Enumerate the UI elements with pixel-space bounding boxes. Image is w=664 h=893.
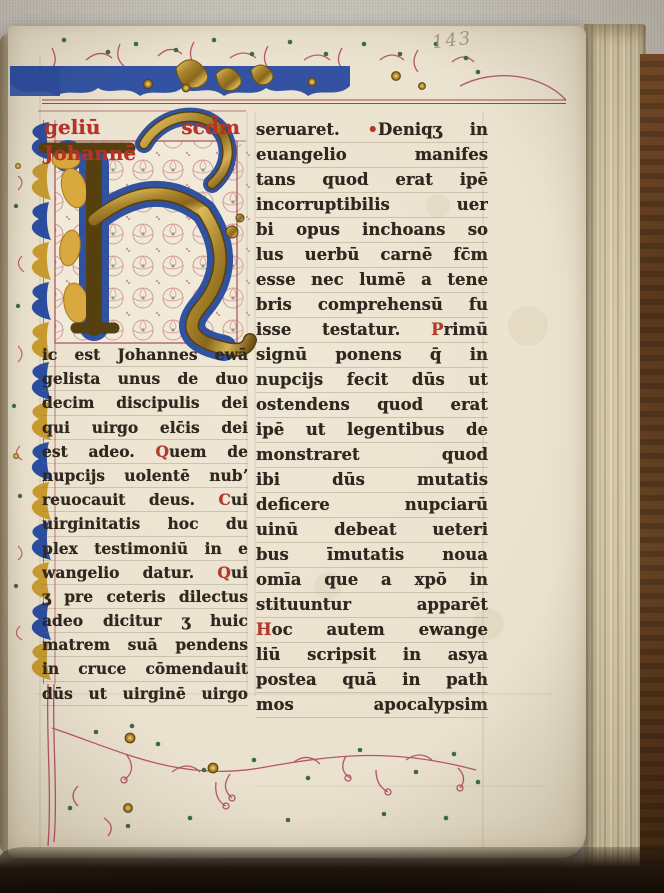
line-text: uinū debeat ueteri bbox=[256, 520, 488, 539]
text-line: seruaret. •Deniqʒ in bbox=[256, 118, 488, 143]
text-line: euangelio manifes bbox=[256, 143, 488, 168]
text-line: signū ponens q̄ in bbox=[256, 343, 488, 368]
text-line: esse nec lumē a tene bbox=[256, 268, 488, 293]
text-line: est adeo. Quem de bbox=[42, 440, 248, 464]
line-red-initial: Q bbox=[155, 442, 169, 461]
line-text: reuocauit deus. bbox=[42, 490, 218, 509]
text-line: decim discipulis dei bbox=[42, 391, 248, 415]
line-text: isse testatur. bbox=[256, 320, 431, 339]
line-text: wangelio datur. bbox=[42, 563, 217, 582]
line-text: qui uirgo elc̄is dei bbox=[42, 418, 248, 437]
text-line: wangelio datur. Qui bbox=[42, 561, 248, 585]
red-double-rule bbox=[42, 100, 566, 104]
text-line: nupcijs fecit dūs ut bbox=[256, 368, 488, 393]
text-line: matrem suā pendens bbox=[42, 633, 248, 657]
photo-scene: 143 geliū scd̄m Johannē H ic est Johanne… bbox=[0, 0, 664, 893]
line-text: est adeo. bbox=[42, 442, 155, 461]
line-text: ostendens quod erat bbox=[256, 395, 488, 414]
text-line: reuocauit deus. Cui bbox=[42, 488, 248, 512]
line-text: ibi dūs mutatis bbox=[256, 470, 488, 489]
line-red-initial: C bbox=[218, 490, 230, 509]
text-line: nupcijs uolentē nubʼ bbox=[42, 464, 248, 488]
text-line: ostendens quod erat bbox=[256, 393, 488, 418]
text-line: lus uerbū carnē fc̄m bbox=[256, 243, 488, 268]
text-line: isse testatur. Primū bbox=[256, 318, 488, 343]
text-line: uinū debeat ueteri bbox=[256, 518, 488, 543]
line-text: decim discipulis dei bbox=[42, 393, 248, 412]
line-text: adeo dicitur ʒ huic bbox=[42, 611, 248, 630]
top-blue-band bbox=[10, 60, 350, 96]
text-line: bus īmutatis noua bbox=[256, 543, 488, 568]
line-text: euangelio manifes bbox=[256, 145, 488, 164]
text-line: liū scripsit in asya bbox=[256, 643, 488, 668]
line-text: Deniqʒ in bbox=[378, 120, 488, 139]
line-text: stituuntur apparēt bbox=[256, 595, 488, 614]
line-text: bus īmutatis noua bbox=[256, 545, 488, 564]
text-line: ipē ut legentibus de bbox=[256, 418, 488, 443]
text-line: in cruce cōmendauit bbox=[42, 657, 248, 681]
line-text: ʒ pre ceteris dilectus bbox=[42, 587, 248, 606]
rubric-heading: geliū scd̄m Johannē bbox=[44, 114, 240, 166]
line-text: lus uerbū carnē fc̄m bbox=[256, 245, 488, 264]
line-text: dūs ut uirginē uirgo bbox=[42, 684, 248, 703]
text-line: uirginitatis hoc du bbox=[42, 512, 248, 536]
margin-dots bbox=[12, 163, 22, 588]
line-text: ui bbox=[231, 563, 248, 582]
line-text: plex testimoniū in e bbox=[42, 539, 248, 558]
margin-micro-penwork bbox=[16, 176, 24, 640]
text-line: ʒ pre ceteris dilectus bbox=[42, 585, 248, 609]
line-text: esse nec lumē a tene bbox=[256, 270, 488, 289]
line-text: tans quod erat ipē bbox=[256, 170, 488, 189]
text-line: gelista unus de duo bbox=[42, 367, 248, 391]
line-text: postea quā in path bbox=[256, 670, 488, 689]
line-text: gelista unus de duo bbox=[42, 369, 248, 388]
book-fore-edge-pages bbox=[584, 24, 646, 882]
text-line: Hoc autem ewange bbox=[256, 618, 488, 643]
text-line: stituuntur apparēt bbox=[256, 593, 488, 618]
line-text: bi opus inchoans so bbox=[256, 220, 488, 239]
text-line: qui uirgo elc̄is dei bbox=[42, 416, 248, 440]
text-line: ic est Johannes ewā bbox=[42, 343, 248, 367]
line-text: seruaret. bbox=[256, 120, 367, 139]
line-text: liū scripsit in asya bbox=[256, 645, 488, 664]
line-text: monstraret quod bbox=[256, 445, 488, 464]
manuscript-page: 143 geliū scd̄m Johannē H ic est Johanne… bbox=[8, 26, 586, 858]
line-text: signū ponens q̄ in bbox=[256, 345, 488, 364]
line-text: mos apocalypsim bbox=[256, 695, 488, 714]
line-red-initial: • bbox=[367, 120, 378, 139]
line-text: uem de bbox=[169, 442, 248, 461]
line-text: rimū bbox=[444, 320, 488, 339]
book-bottom-shadow bbox=[0, 847, 664, 893]
text-line: bi opus inchoans so bbox=[256, 218, 488, 243]
line-text: deficere nupciarū bbox=[256, 495, 488, 514]
line-text: ui bbox=[231, 490, 248, 509]
text-line: ibi dūs mutatis bbox=[256, 468, 488, 493]
text-line: postea quā in path bbox=[256, 668, 488, 693]
line-text: omīa que a xpō in bbox=[256, 570, 488, 589]
line-red-initial: P bbox=[431, 320, 443, 339]
text-line: mos apocalypsim bbox=[256, 693, 488, 718]
text-line: adeo dicitur ʒ huic bbox=[42, 609, 248, 633]
text-line: incorruptibilis uer bbox=[256, 193, 488, 218]
text-line: bris comprehensū fu bbox=[256, 293, 488, 318]
line-text: ipē ut legentibus de bbox=[256, 420, 488, 439]
line-text: incorruptibilis uer bbox=[256, 195, 488, 214]
line-text: bris comprehensū fu bbox=[256, 295, 488, 314]
right-text-column: seruaret. •Deniqʒ ineuangelio manifestan… bbox=[256, 118, 488, 718]
text-line: plex testimoniū in e bbox=[42, 537, 248, 561]
text-line: tans quod erat ipē bbox=[256, 168, 488, 193]
line-text: matrem suā pendens bbox=[42, 635, 248, 654]
line-text: uirginitatis hoc du bbox=[42, 514, 248, 533]
text-line: deficere nupciarū bbox=[256, 493, 488, 518]
text-line: omīa que a xpō in bbox=[256, 568, 488, 593]
line-text: nupcijs uolentē nubʼ bbox=[42, 466, 248, 485]
line-red-initial: Q bbox=[217, 563, 231, 582]
text-line: monstraret quod bbox=[256, 443, 488, 468]
bottom-gold-dots bbox=[124, 733, 219, 813]
line-text: nupcijs fecit dūs ut bbox=[256, 370, 488, 389]
line-text: in cruce cōmendauit bbox=[42, 659, 248, 678]
text-line: dūs ut uirginē uirgo bbox=[42, 682, 248, 706]
line-red-initial: H bbox=[256, 620, 272, 639]
line-text: oc autem ewange bbox=[272, 620, 488, 639]
book-leather-cover-edge bbox=[640, 54, 664, 893]
line-text: ic est Johannes ewā bbox=[42, 345, 248, 364]
left-text-column: ic est Johannes ewāgelista unus de duode… bbox=[42, 343, 248, 706]
